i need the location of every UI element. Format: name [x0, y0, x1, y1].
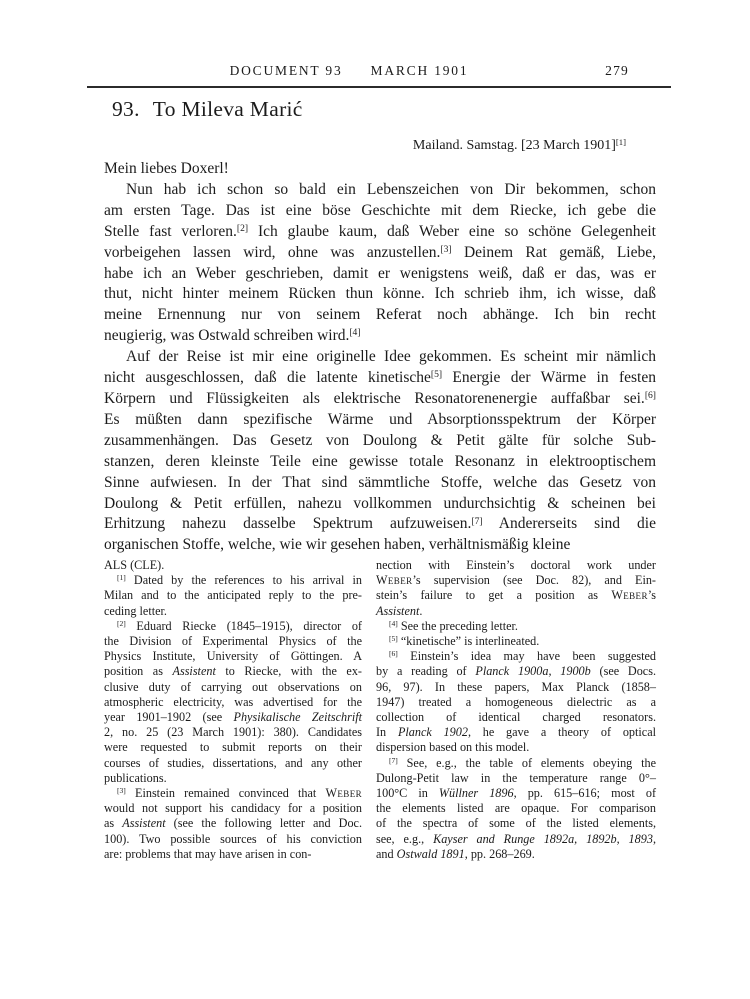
text-line: and Ostwald 1891, pp. 268–269. — [376, 847, 656, 862]
text-line: Doulong & Petit erfüllen, nahezu vollkom… — [104, 494, 656, 515]
text-line: 96, 97). In these papers, Max Planck (18… — [376, 680, 656, 695]
text-line: Nun hab ich schon so bald ein Lebenszeic… — [104, 180, 656, 201]
text-line: [5] “kinetische” is interlineated. — [376, 634, 656, 649]
text-line: Erhitzung nahezu dasselbe Spektrum aufzu… — [104, 514, 656, 535]
text-line: see, e.g., Kayser and Runge 1892a, 1892b… — [376, 832, 656, 847]
text-line: Weber’s supervision (see Doc. 82), and E… — [376, 573, 656, 588]
text-line: vorbeigehen lassen wird, ohne was anzust… — [104, 243, 656, 264]
page-number: 279 — [605, 63, 629, 79]
text-line: are: problems that may have arisen in co… — [104, 847, 362, 862]
text-line: ceding letter. — [104, 604, 362, 619]
text-line: am ersten Tage. Das ist eine böse Geschi… — [104, 201, 656, 222]
text-line: 100°C in Wüllner 1896, pp. 615–616; most… — [376, 786, 656, 801]
text-line: 100). Two possible sources of his convic… — [104, 832, 362, 847]
text-line: In Planck 1902, he gave a theory of opti… — [376, 725, 656, 740]
text-line: year 1901–1902 (see Physikalische Zeitsc… — [104, 710, 362, 725]
text-line: meine Ernennung nur von seinem Referat n… — [104, 305, 656, 326]
text-line: dispersion based on this model. — [376, 740, 656, 755]
text-line: would not support his candidacy for a po… — [104, 801, 362, 816]
footnotes-right-column: nection with Einstein’s doctoral work un… — [376, 558, 656, 862]
text-line: 1947) treated a homogeneous dielectric a… — [376, 695, 656, 710]
book-page: DOCUMENT 93MARCH 1901 279 93.To Mileva M… — [0, 0, 750, 999]
running-head-document-label: DOCUMENT 93 — [230, 63, 343, 78]
text-line: of the spectra of some of the listed ele… — [376, 816, 656, 831]
text-line: clusive duty of carrying out observation… — [104, 680, 362, 695]
text-line: [3] Einstein remained convinced that Web… — [104, 786, 362, 801]
text-line: [1] Dated by the references to his arriv… — [104, 573, 362, 588]
text-line: Es müßten dann spezifische Wärme und Abs… — [104, 410, 656, 431]
text-line: Körpern und Flüssigkeiten als elektrisch… — [104, 389, 656, 410]
text-line: Physics Institute, University of Götting… — [104, 649, 362, 664]
text-line: [2] Eduard Riecke (1845–1915), director … — [104, 619, 362, 634]
text-line: collection of identical charged resonato… — [376, 710, 656, 725]
text-line: Mein liebes Doxerl! — [104, 159, 656, 180]
text-line: ALS (CLE). — [104, 558, 362, 573]
text-line: courses of studies, dissertations, and a… — [104, 756, 362, 771]
text-line: as Assistent (see the following letter a… — [104, 816, 362, 831]
text-line: [7] See, e.g., the table of elements obe… — [376, 756, 656, 771]
text-line: [6] Einstein’s idea may have been sugges… — [376, 649, 656, 664]
text-line: stanzen, deren kleinste Teile eine gewis… — [104, 452, 656, 473]
footnotes-left-column: ALS (CLE).[1] Dated by the references to… — [104, 558, 362, 862]
text-line: stein’s failure to get a position as Web… — [376, 588, 656, 603]
text-line: Auf der Reise ist mir eine originelle Id… — [104, 347, 656, 368]
text-line: thut, nicht hinter meinem Rücken thun kö… — [104, 284, 656, 305]
footnotes: ALS (CLE).[1] Dated by the references to… — [104, 558, 656, 862]
text-line: nection with Einstein’s doctoral work un… — [376, 558, 656, 573]
text-line: neugierig, was Ostwald schreiben wird.[4… — [104, 326, 656, 347]
text-line: were requested to submit reports on thei… — [104, 740, 362, 755]
running-head-issue-label: MARCH 1901 — [371, 63, 469, 78]
text-line: [4] See the preceding letter. — [376, 619, 656, 634]
text-line: 2, no. 25 (23 March 1901): 380). Candida… — [104, 725, 362, 740]
text-line: Stelle fast verloren.[2] Ich glaube kaum… — [104, 222, 656, 243]
text-line: position as Assistent to Riecke, with th… — [104, 664, 362, 679]
text-line: Milan and to the anticipated reply to th… — [104, 588, 362, 603]
letter-title: 93.To Mileva Marić — [112, 97, 303, 122]
text-line: by a reading of Planck 1900a, 1900b (see… — [376, 664, 656, 679]
text-line: habe ich an Weber geschrieben, damit er … — [104, 264, 656, 285]
text-line: Assistent. — [376, 604, 656, 619]
text-line: the Division of Experimental Physics of … — [104, 634, 362, 649]
text-line: nicht ausgeschlossen, daß die latente ki… — [104, 368, 656, 389]
header-rule — [87, 86, 671, 88]
letter-number: 93. — [112, 97, 140, 121]
text-line: organischen Stoffe, welche, wie wir gese… — [104, 535, 656, 556]
text-line: publications. — [104, 771, 362, 786]
running-head: DOCUMENT 93MARCH 1901 279 — [87, 63, 671, 81]
running-head-title: DOCUMENT 93MARCH 1901 — [57, 63, 641, 79]
text-line: atmospheric electricity, was advertised … — [104, 695, 362, 710]
text-line: the elements listed are opaque. For comp… — [376, 801, 656, 816]
letter-body: Mein liebes Doxerl!Nun hab ich schon so … — [104, 159, 656, 556]
text-line: zusammenhängen. Das Gesetz von Doulong &… — [104, 431, 656, 452]
letter-recipient: To Mileva Marić — [153, 97, 303, 121]
text-line: Sinne aufwiesen. In der That sind sämmtl… — [104, 473, 656, 494]
text-line: Dulong-Petit law in the temperature rang… — [376, 771, 656, 786]
dateline: Mailand. Samstag. [23 March 1901][1] — [104, 138, 656, 154]
